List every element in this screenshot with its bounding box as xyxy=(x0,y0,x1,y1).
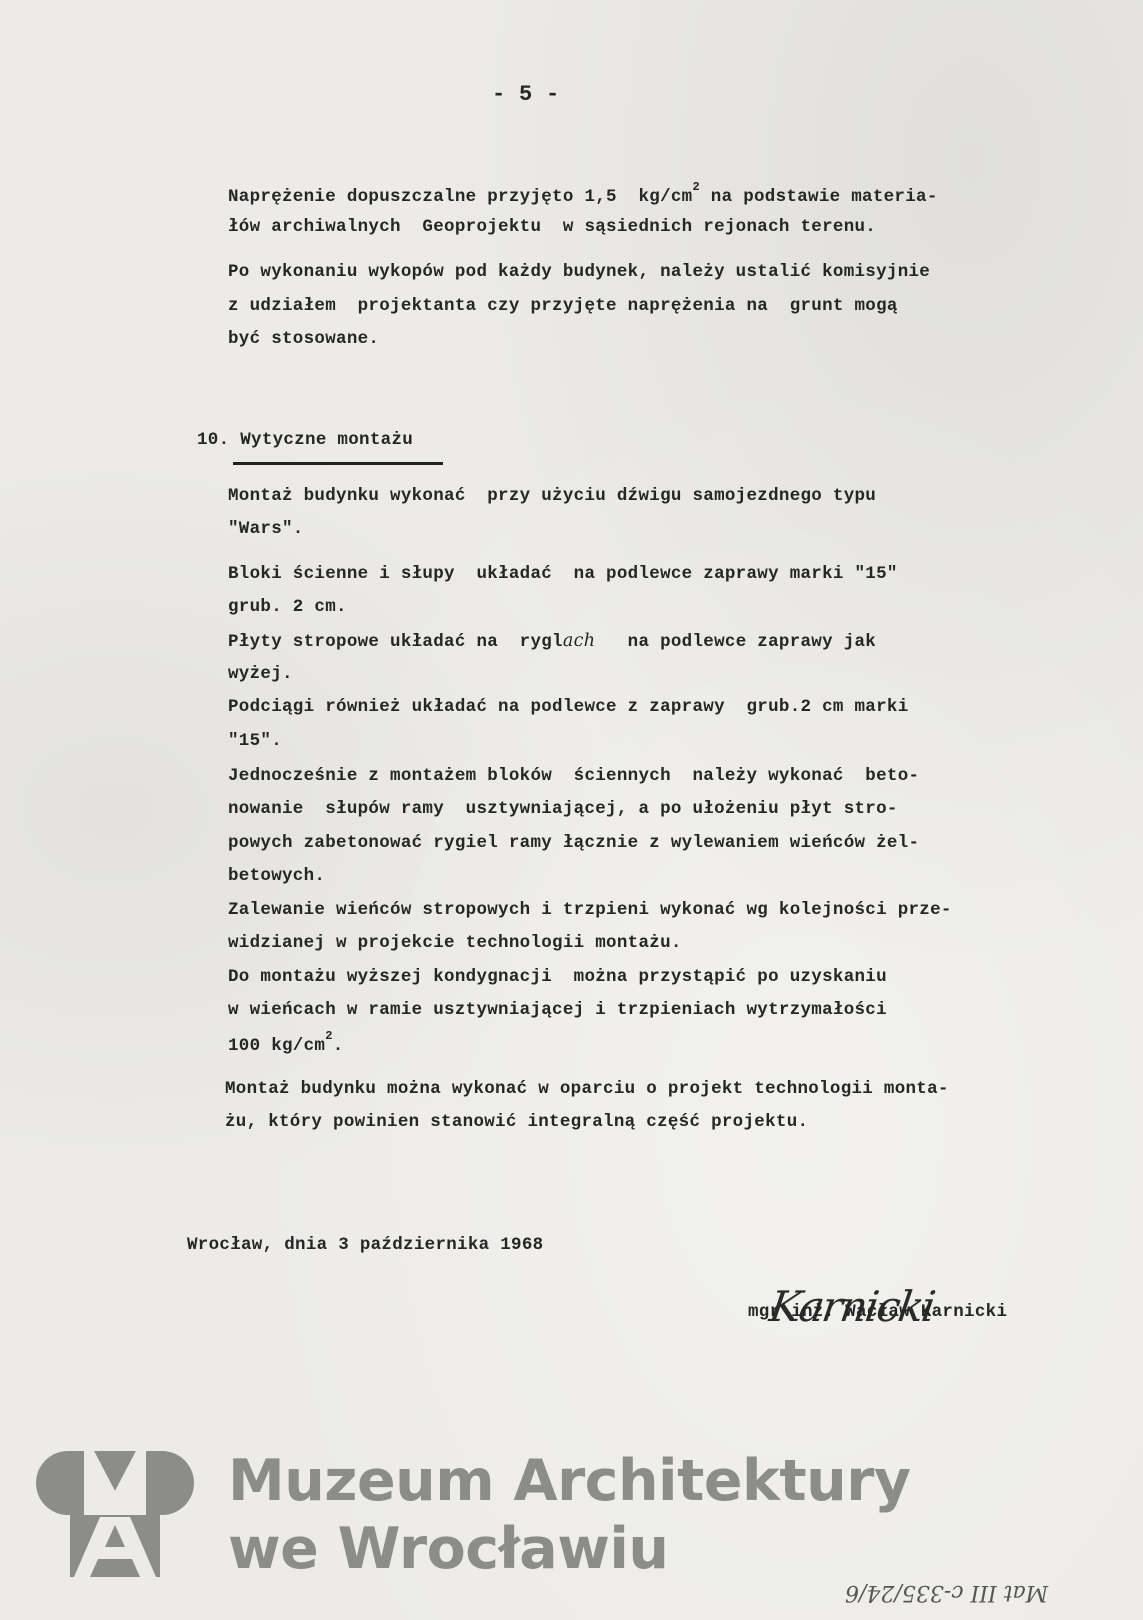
text-line: Płyty stropowe układać na ryglach na pod… xyxy=(228,631,876,652)
museum-name-line1: Muzeum Architektury xyxy=(228,1448,911,1514)
text-line: wyżej. xyxy=(228,664,293,684)
page-number: - 5 - xyxy=(492,82,560,107)
text-line: widzianej w projekcie technologii montaż… xyxy=(228,933,682,953)
text-line: być stosowane. xyxy=(228,329,379,349)
text-line: "Wars". xyxy=(228,519,304,539)
place-date: Wrocław, dnia 3 października 1968 xyxy=(187,1235,543,1255)
text-line: Zalewanie wieńców stropowych i trzpieni … xyxy=(228,900,952,920)
text-line: 100 kg/cm2. xyxy=(228,1033,344,1056)
signatory-name: mgr inż. Wacław Karnicki xyxy=(748,1302,1007,1322)
section-number: 10. xyxy=(197,430,229,450)
text-line: betowych. xyxy=(228,866,325,886)
text-line: Montaż budynku wykonać przy użyciu dźwig… xyxy=(228,486,876,506)
text-line: Bloki ścienne i słupy układać na podlewc… xyxy=(228,564,898,584)
section-heading: 10. Wytyczne montażu xyxy=(197,430,413,450)
section-title: Wytyczne montażu xyxy=(240,430,413,450)
text-line: z udziałem projektanta czy przyjęte napr… xyxy=(228,296,898,316)
text-line: Do montażu wyższej kondygnacji można prz… xyxy=(228,967,887,987)
inventory-number: Mat III c-335/24/6 xyxy=(845,1580,1048,1605)
text-line: w wieńcach w ramie usztywniającej i trzp… xyxy=(228,1000,887,1020)
text-line: Podciągi również układać na podlewce z z… xyxy=(228,697,909,717)
text-line: Jednocześnie z montażem bloków ściennych… xyxy=(228,766,919,786)
museum-logo-icon xyxy=(36,1451,194,1577)
heading-underline xyxy=(233,462,443,465)
text-line: "15". xyxy=(228,731,282,751)
text-line: łów archiwalnych Geoprojektu w sąsiednic… xyxy=(228,217,876,237)
text-line: Po wykonaniu wykopów pod każdy budynek, … xyxy=(228,262,930,282)
text-line: nowanie słupów ramy usztywniającej, a po… xyxy=(228,799,898,819)
text-line: powych zabetonować rygiel ramy łącznie z… xyxy=(228,833,919,853)
text-line: Montaż budynku można wykonać w oparciu o… xyxy=(225,1079,949,1099)
text-line: żu, który powinien stanowić integralną c… xyxy=(225,1112,808,1132)
handwritten-correction: ach xyxy=(563,631,595,651)
text-line: Naprężenie dopuszczalne przyjęto 1,5 kg/… xyxy=(228,184,938,207)
museum-name-line2: we Wrocławiu xyxy=(228,1516,668,1582)
text-line: grub. 2 cm. xyxy=(228,597,347,617)
